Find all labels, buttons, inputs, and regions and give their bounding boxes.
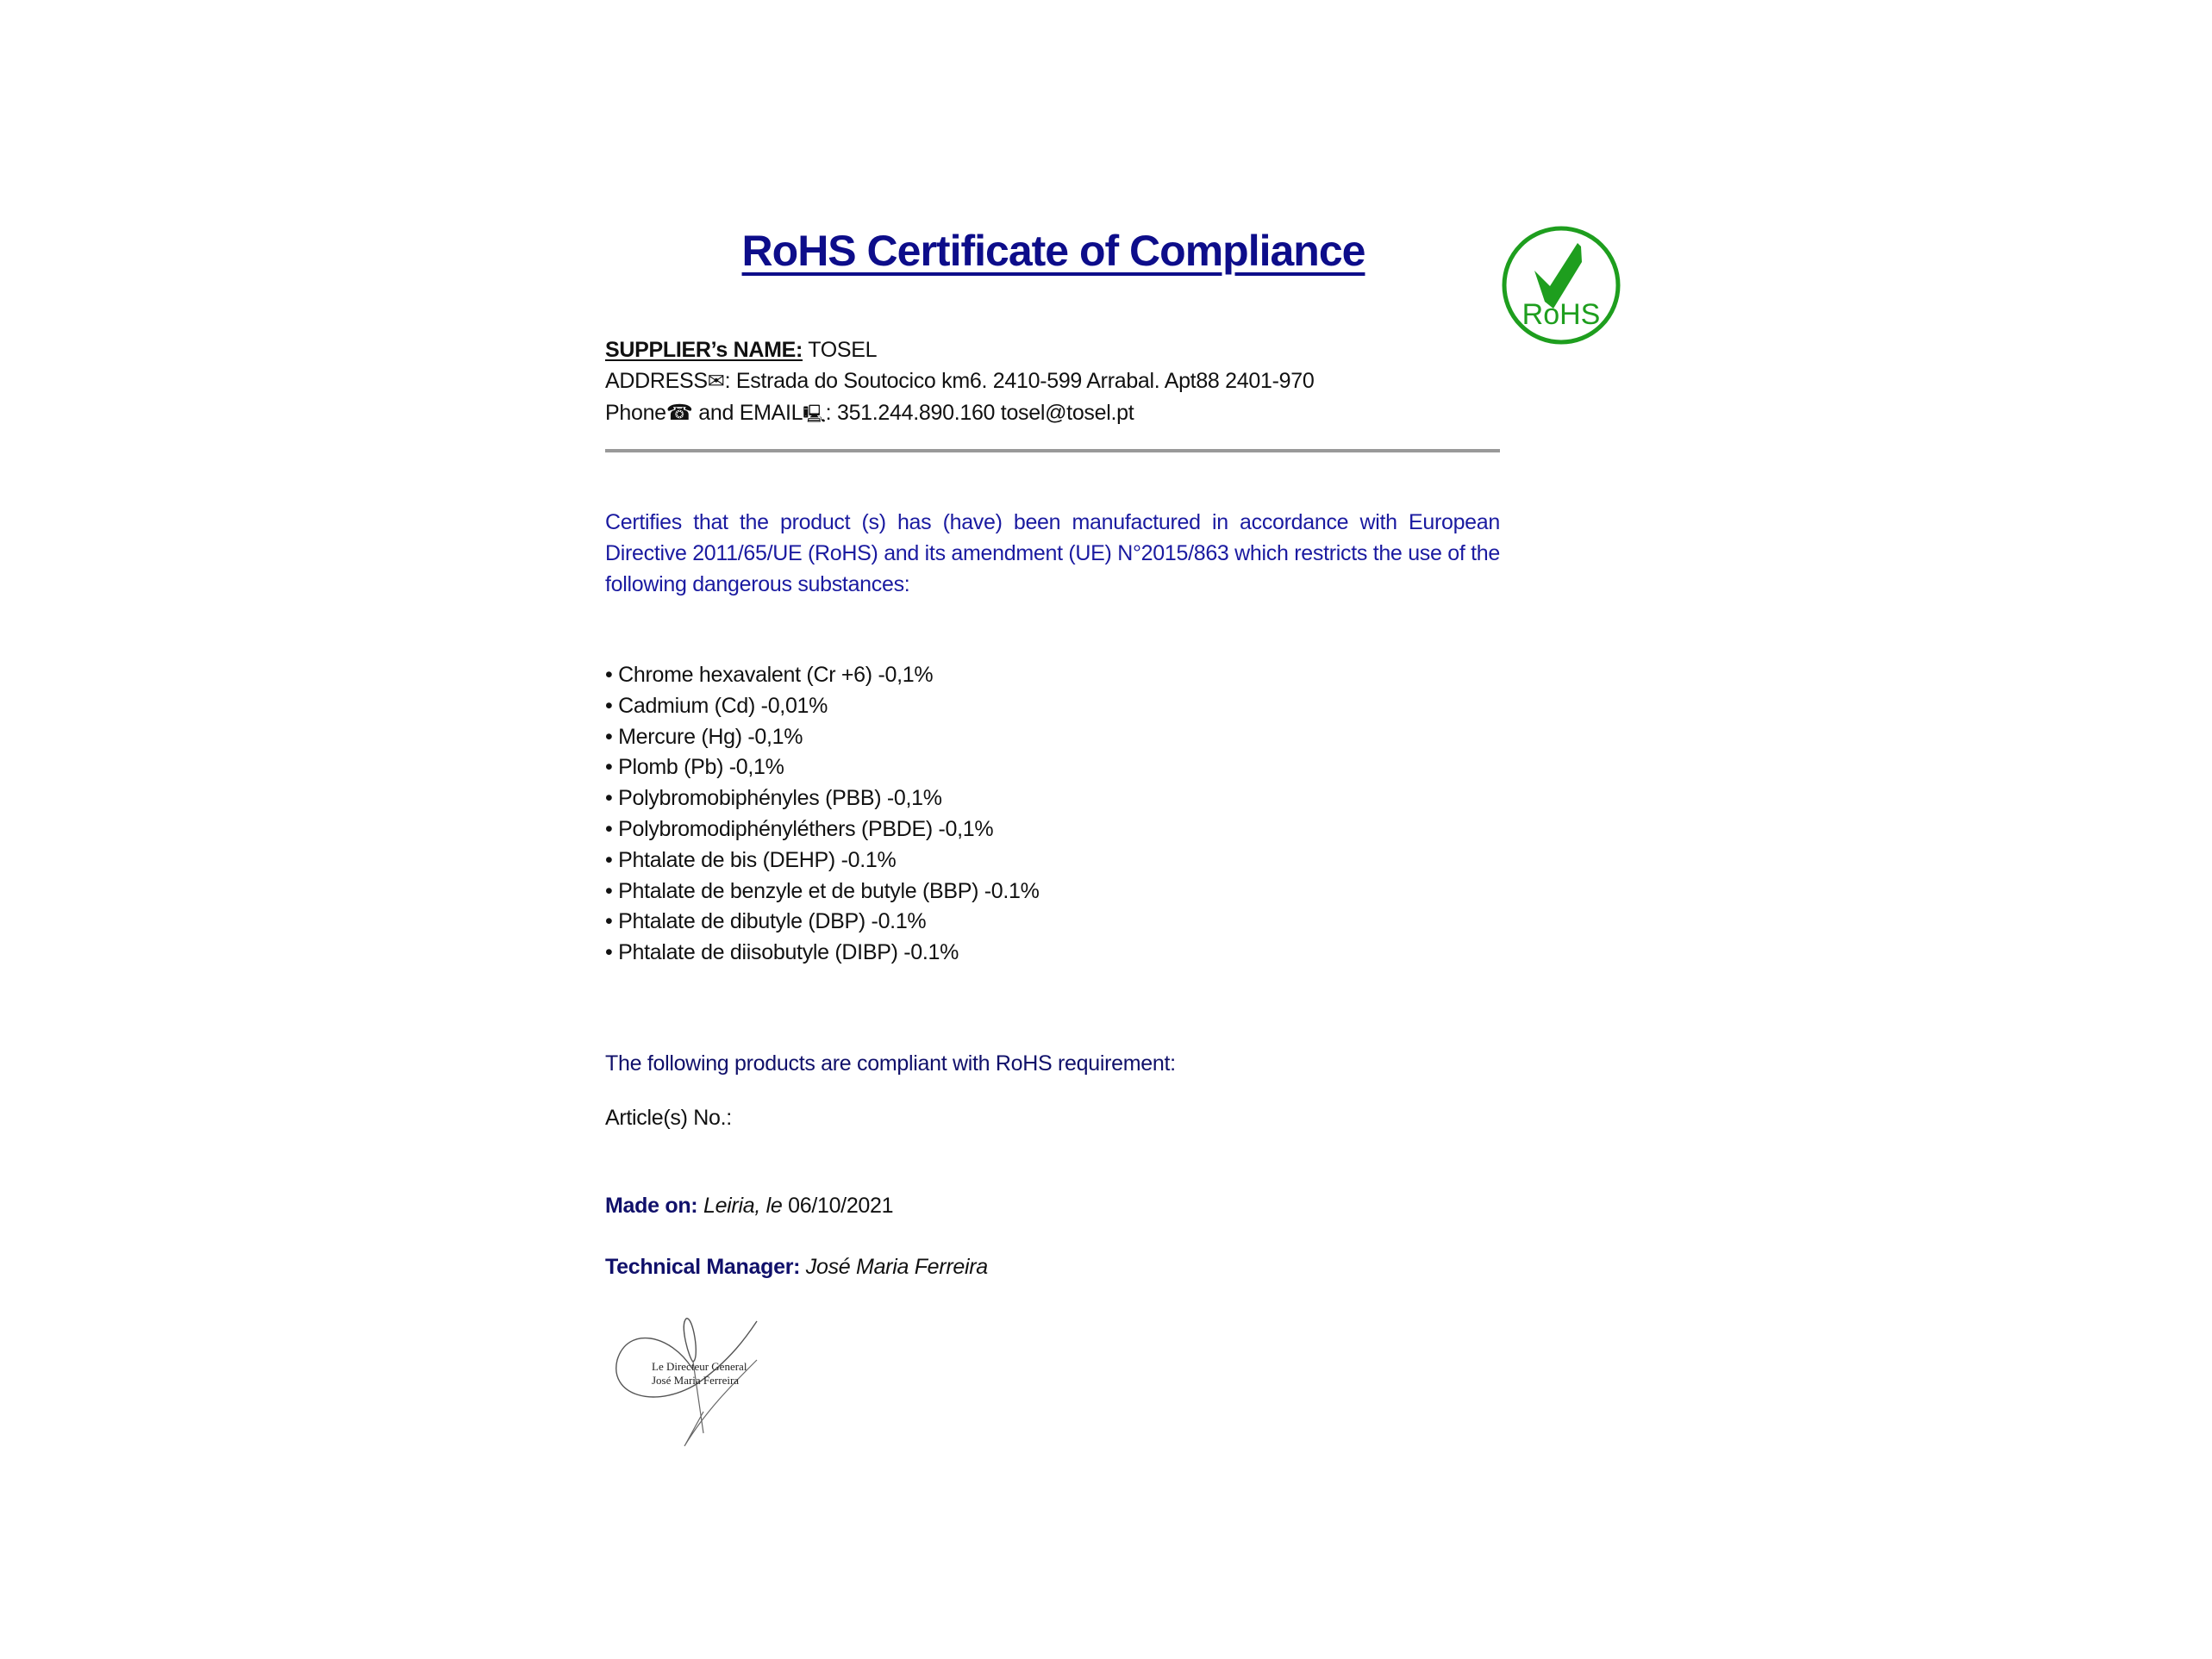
compliance-statement: The following products are compliant wit… [605,1051,1176,1076]
substance-item: • Mercure (Hg) -0,1% [605,722,1040,753]
supplier-name: SUPPLIER’s NAME: TOSEL [605,338,877,363]
signature: Le Directeur General José Maria Ferreira [610,1308,791,1450]
substance-item: • Cadmium (Cd) -0,01% [605,691,1040,722]
supplier-name-label: SUPPLIER’s NAME: [605,338,803,362]
signature-line1: Le Directeur General [652,1360,747,1373]
made-on-place: Leiria, le [697,1194,782,1218]
made-on-date: 06/10/2021 [782,1194,893,1218]
rohs-checkmark-icon: RoHS [1500,224,1622,346]
signature-line2: José Maria Ferreira [652,1374,739,1387]
supplier-name-value: TOSEL [803,338,877,362]
substance-item: • Phtalate de benzyle et de butyle (BBP)… [605,876,1040,907]
substance-item: • Phtalate de diisobutyle (DIBP) -0.1% [605,938,1040,969]
email-label: and EMAIL [693,401,803,425]
substance-list: • Chrome hexavalent (Cr +6) -0,1%• Cadmi… [605,660,1040,969]
substance-item: • Polybromobiphényles (PBB) -0,1% [605,783,1040,814]
technical-manager-label: Technical Manager: [605,1255,800,1279]
page-title: RoHS Certificate of Compliance [728,226,1379,276]
contact-value: : 351.244.890.160 tosel@tosel.pt [826,401,1134,425]
substance-item: • Phtalate de dibutyle (DBP) -0.1% [605,907,1040,938]
substance-item: • Phtalate de bis (DEHP) -0.1% [605,845,1040,876]
envelope-icon: ✉ [708,370,725,393]
made-on: Made on: Leiria, le 06/10/2021 [605,1194,893,1219]
made-on-label: Made on: [605,1194,697,1218]
certification-text: Certifies that the product (s) has (have… [605,507,1500,600]
address-value: : Estrada do Soutocico km6. 2410-599 Arr… [725,369,1315,393]
computer-icon: 🖳 [803,405,825,424]
divider [605,449,1500,452]
substance-item: • Chrome hexavalent (Cr +6) -0,1% [605,660,1040,691]
substance-item: • Plomb (Pb) -0,1% [605,752,1040,783]
phone-label: Phone [605,401,666,425]
supplier-address: ADDRESS✉: Estrada do Soutocico km6. 2410… [605,369,1314,394]
substance-item: • Polybromodiphényléthers (PBDE) -0,1% [605,814,1040,845]
articles-label: Article(s) No.: [605,1106,732,1131]
supplier-contact: Phone☎ and EMAIL🖳: 351.244.890.160 tosel… [605,400,1134,431]
telephone-icon: ☎ [666,401,693,425]
address-label: ADDRESS [605,369,708,393]
technical-manager-name: José Maria Ferreira [800,1255,988,1279]
technical-manager: Technical Manager: José Maria Ferreira [605,1255,988,1280]
svg-text:RoHS: RoHS [1522,298,1601,331]
